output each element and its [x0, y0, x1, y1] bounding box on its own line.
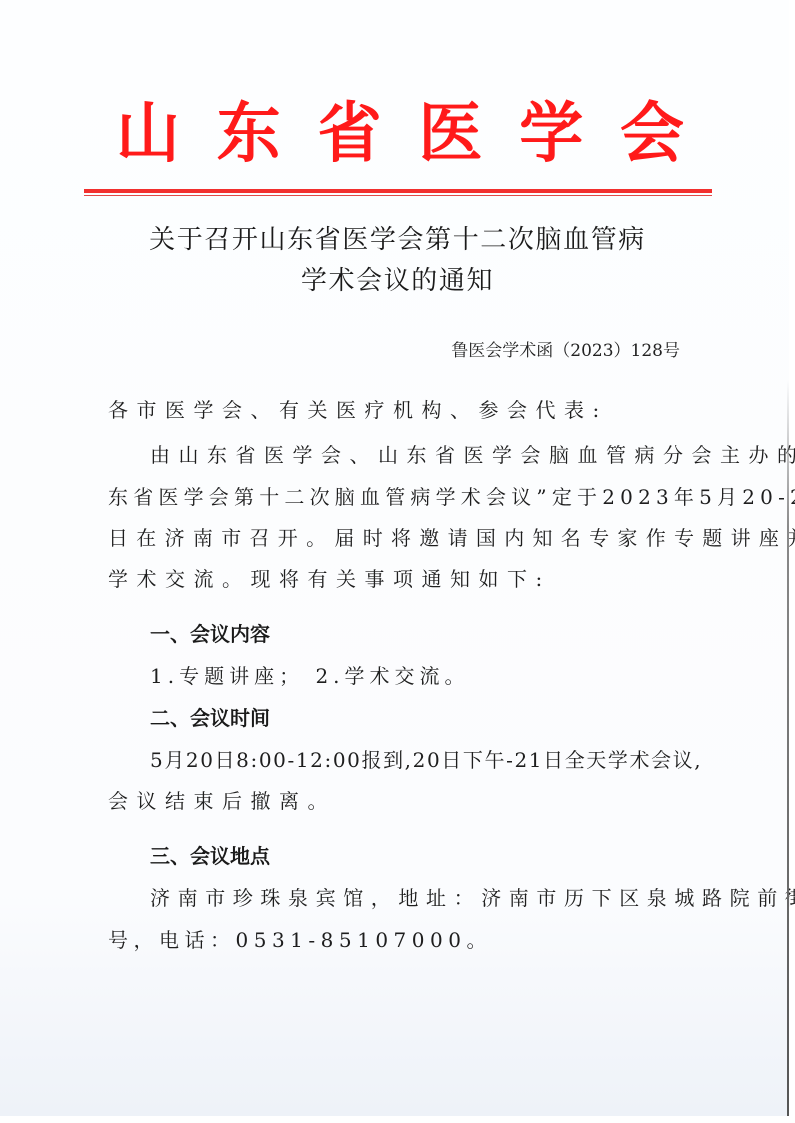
intro-paragraph-line: 学术交流。现将有关事项通知如下:: [108, 564, 551, 594]
letterhead-char: 省: [312, 101, 388, 166]
scan-page-edge: [787, 380, 789, 1116]
letterhead-divider-thin: [84, 195, 712, 196]
document-title-line-1: 关于召开山东省医学会第十二次脑血管病: [0, 220, 795, 260]
letterhead-char: 山: [110, 101, 186, 166]
intro-paragraph-line: 东省医学会第十二次脑血管病学术会议”定于2023年5月20-21: [108, 482, 795, 512]
intro-paragraph-line: 日在济南市召开。届时将邀请国内知名专家作专题讲座并进行: [108, 523, 795, 553]
intro-paragraph-line: 由山东省医学会、山东省医学会脑血管病分会主办的“山: [150, 440, 795, 470]
section-body-line: 5月20日8:00-12:00报到,20日下午-21日全天学术会议,: [150, 745, 702, 775]
letterhead-char: 会: [614, 101, 690, 166]
letterhead-char: 医: [412, 101, 488, 166]
letterhead-char: 学: [513, 101, 589, 166]
section-body-line: 济南市珍珠泉宾馆，地址：济南市历下区泉城路院前街1: [150, 883, 795, 913]
document-title-line-2: 学术会议的通知: [0, 261, 795, 301]
letterhead-divider-thick: [84, 189, 712, 193]
section-body-line: 1.专题讲座； 2.学术交流。: [150, 661, 470, 691]
section-heading-meeting-content: 一、会议内容: [150, 619, 270, 649]
letterhead-org-name: 山 东 省 医 学 会: [110, 94, 690, 174]
section-body-line: 会议结束后撤离。: [108, 786, 336, 816]
section-body-line: 号，电话：0531-85107000。: [108, 925, 492, 955]
document-page: 山 东 省 医 学 会 关于召开山东省医学会第十二次脑血管病 学术会议的通知 鲁…: [0, 0, 789, 1116]
section-heading-meeting-venue: 三、会议地点: [150, 841, 270, 871]
salutation: 各市医学会、有关医疗机构、参会代表:: [108, 395, 608, 425]
section-heading-meeting-time: 二、会议时间: [150, 703, 270, 733]
letterhead-char: 东: [211, 101, 287, 166]
document-reference-number: 鲁医会学术函（2023）128号: [451, 337, 680, 365]
